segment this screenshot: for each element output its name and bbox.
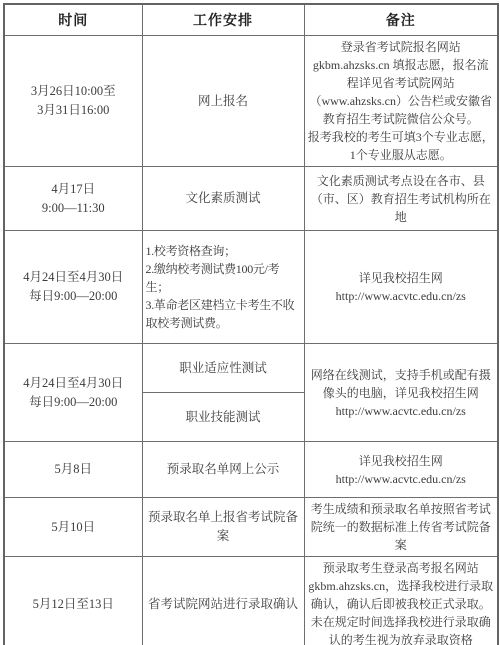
row4-time-cell: 4月24日至4月30日 每日9:00—20:00 bbox=[4, 344, 142, 442]
table-row: 5月8日 预录取名单网上公示 详见我校招生网 http://www.acvtc.… bbox=[4, 442, 498, 498]
row2-task: 文化素质测试 bbox=[146, 189, 301, 208]
table-row: 3月26日10:00至 3月31日16:00 网上报名 登录省考试院报名网站gk… bbox=[4, 36, 498, 167]
row5-time-cell: 5月8日 bbox=[4, 442, 142, 498]
row5-task-cell: 预录取名单网上公示 bbox=[142, 442, 304, 498]
row5-remark: 详见我校招生网 http://www.acvtc.edu.cn/zs bbox=[308, 452, 495, 488]
row1-remark-cell: 登录省考试院报名网站gkbm.ahzsks.cn 填报志愿，报名流程详见省考试院… bbox=[304, 36, 498, 167]
row4-task-bottom-cell: 职业技能测试 bbox=[142, 393, 304, 442]
row4-task-top-cell: 职业适应性测试 bbox=[142, 344, 304, 393]
schedule-notice-page: 时间 工作安排 备注 3月26日10:00至 3月31日16:00 网上报名 登… bbox=[0, 0, 500, 645]
row6-remark: 考生成绩和预录取名单按照省考试院统一的数据标准上传省考试院备案 bbox=[308, 500, 495, 554]
row7-time-cell: 5月12日至13日 bbox=[4, 557, 142, 645]
row2-task-cell: 文化素质测试 bbox=[142, 167, 304, 231]
admission-schedule-table: 时间 工作安排 备注 3月26日10:00至 3月31日16:00 网上报名 登… bbox=[3, 3, 499, 645]
table-header-row: 时间 工作安排 备注 bbox=[4, 4, 498, 36]
table-row: 5月10日 预录取名单上报省考试院备案 考生成绩和预录取名单按照省考试院统一的数… bbox=[4, 498, 498, 557]
row3-time-cell: 4月24日至4月30日 每日9:00—20:00 bbox=[4, 231, 142, 344]
row2-time-cell: 4月17日 9:00—11:30 bbox=[4, 167, 142, 231]
header-task-label: 工作安排 bbox=[193, 14, 253, 29]
row5-task: 预录取名单网上公示 bbox=[146, 460, 301, 479]
row4-task-bottom: 职业技能测试 bbox=[146, 408, 301, 427]
row7-time: 5月12日至13日 bbox=[8, 595, 139, 614]
header-cell-task: 工作安排 bbox=[142, 4, 304, 36]
row1-remark-paragraph-1: 登录省考试院报名网站gkbm.ahzsks.cn 填报志愿，报名流程详见省考试院… bbox=[308, 38, 495, 128]
row7-remark: 预录取考生登录高考报名网站gkbm.ahzsks.cn，选择我校进行录取确认，确… bbox=[308, 559, 495, 645]
row1-remark-paragraph-2: 报考我校的考生可填3个专业志愿，1个专业服从志愿。 bbox=[308, 128, 495, 164]
row3-time: 4月24日至4月30日 每日9:00—20:00 bbox=[8, 268, 139, 306]
row6-time: 5月10日 bbox=[8, 518, 139, 537]
row2-time: 4月17日 9:00—11:30 bbox=[8, 180, 139, 218]
table-row: 4月24日至4月30日 每日9:00—20:00 职业适应性测试 网络在线测试，… bbox=[4, 344, 498, 393]
header-remark-label: 备注 bbox=[386, 14, 416, 29]
row4-time: 4月24日至4月30日 每日9:00—20:00 bbox=[8, 374, 139, 412]
row3-remark: 详见我校招生网 http://www.acvtc.edu.cn/zs bbox=[308, 269, 495, 305]
row3-task: 1.校考资格查询； 2.缴纳校考测试费100元/考生； 3.革命老区建档立卡考生… bbox=[146, 242, 301, 332]
table-row: 4月24日至4月30日 每日9:00—20:00 1.校考资格查询； 2.缴纳校… bbox=[4, 231, 498, 344]
row6-remark-cell: 考生成绩和预录取名单按照省考试院统一的数据标准上传省考试院备案 bbox=[304, 498, 498, 557]
row6-time-cell: 5月10日 bbox=[4, 498, 142, 557]
table-row: 4月17日 9:00—11:30 文化素质测试 文化素质测试考点设在各市、县（市… bbox=[4, 167, 498, 231]
row2-remark-cell: 文化素质测试考点设在各市、县（市、区）教育招生考试机构所在地 bbox=[304, 167, 498, 231]
row4-task-top: 职业适应性测试 bbox=[146, 359, 301, 378]
row7-task-cell: 省考试院网站进行录取确认 bbox=[142, 557, 304, 645]
row1-task: 网上报名 bbox=[146, 92, 301, 111]
row7-remark-cell: 预录取考生登录高考报名网站gkbm.ahzsks.cn，选择我校进行录取确认，确… bbox=[304, 557, 498, 645]
row1-task-cell: 网上报名 bbox=[142, 36, 304, 167]
row6-task-cell: 预录取名单上报省考试院备案 bbox=[142, 498, 304, 557]
row1-time-cell: 3月26日10:00至 3月31日16:00 bbox=[4, 36, 142, 167]
row3-remark-cell: 详见我校招生网 http://www.acvtc.edu.cn/zs bbox=[304, 231, 498, 344]
row5-time: 5月8日 bbox=[8, 460, 139, 479]
header-cell-time: 时间 bbox=[4, 4, 142, 36]
row6-task: 预录取名单上报省考试院备案 bbox=[146, 508, 301, 546]
row2-remark: 文化素质测试考点设在各市、县（市、区）教育招生考试机构所在地 bbox=[308, 172, 495, 226]
table-row: 5月12日至13日 省考试院网站进行录取确认 预录取考生登录高考报名网站gkbm… bbox=[4, 557, 498, 645]
header-cell-remark: 备注 bbox=[304, 4, 498, 36]
row7-task: 省考试院网站进行录取确认 bbox=[146, 595, 301, 614]
row1-time: 3月26日10:00至 3月31日16:00 bbox=[8, 82, 139, 120]
row4-remark: 网络在线测试，支持手机或配有摄像头的电脑，详见我校招生网 http://www.… bbox=[308, 366, 495, 420]
header-time-label: 时间 bbox=[58, 14, 88, 29]
row5-remark-cell: 详见我校招生网 http://www.acvtc.edu.cn/zs bbox=[304, 442, 498, 498]
row3-task-cell: 1.校考资格查询； 2.缴纳校考测试费100元/考生； 3.革命老区建档立卡考生… bbox=[142, 231, 304, 344]
row4-remark-cell: 网络在线测试，支持手机或配有摄像头的电脑，详见我校招生网 http://www.… bbox=[304, 344, 498, 442]
